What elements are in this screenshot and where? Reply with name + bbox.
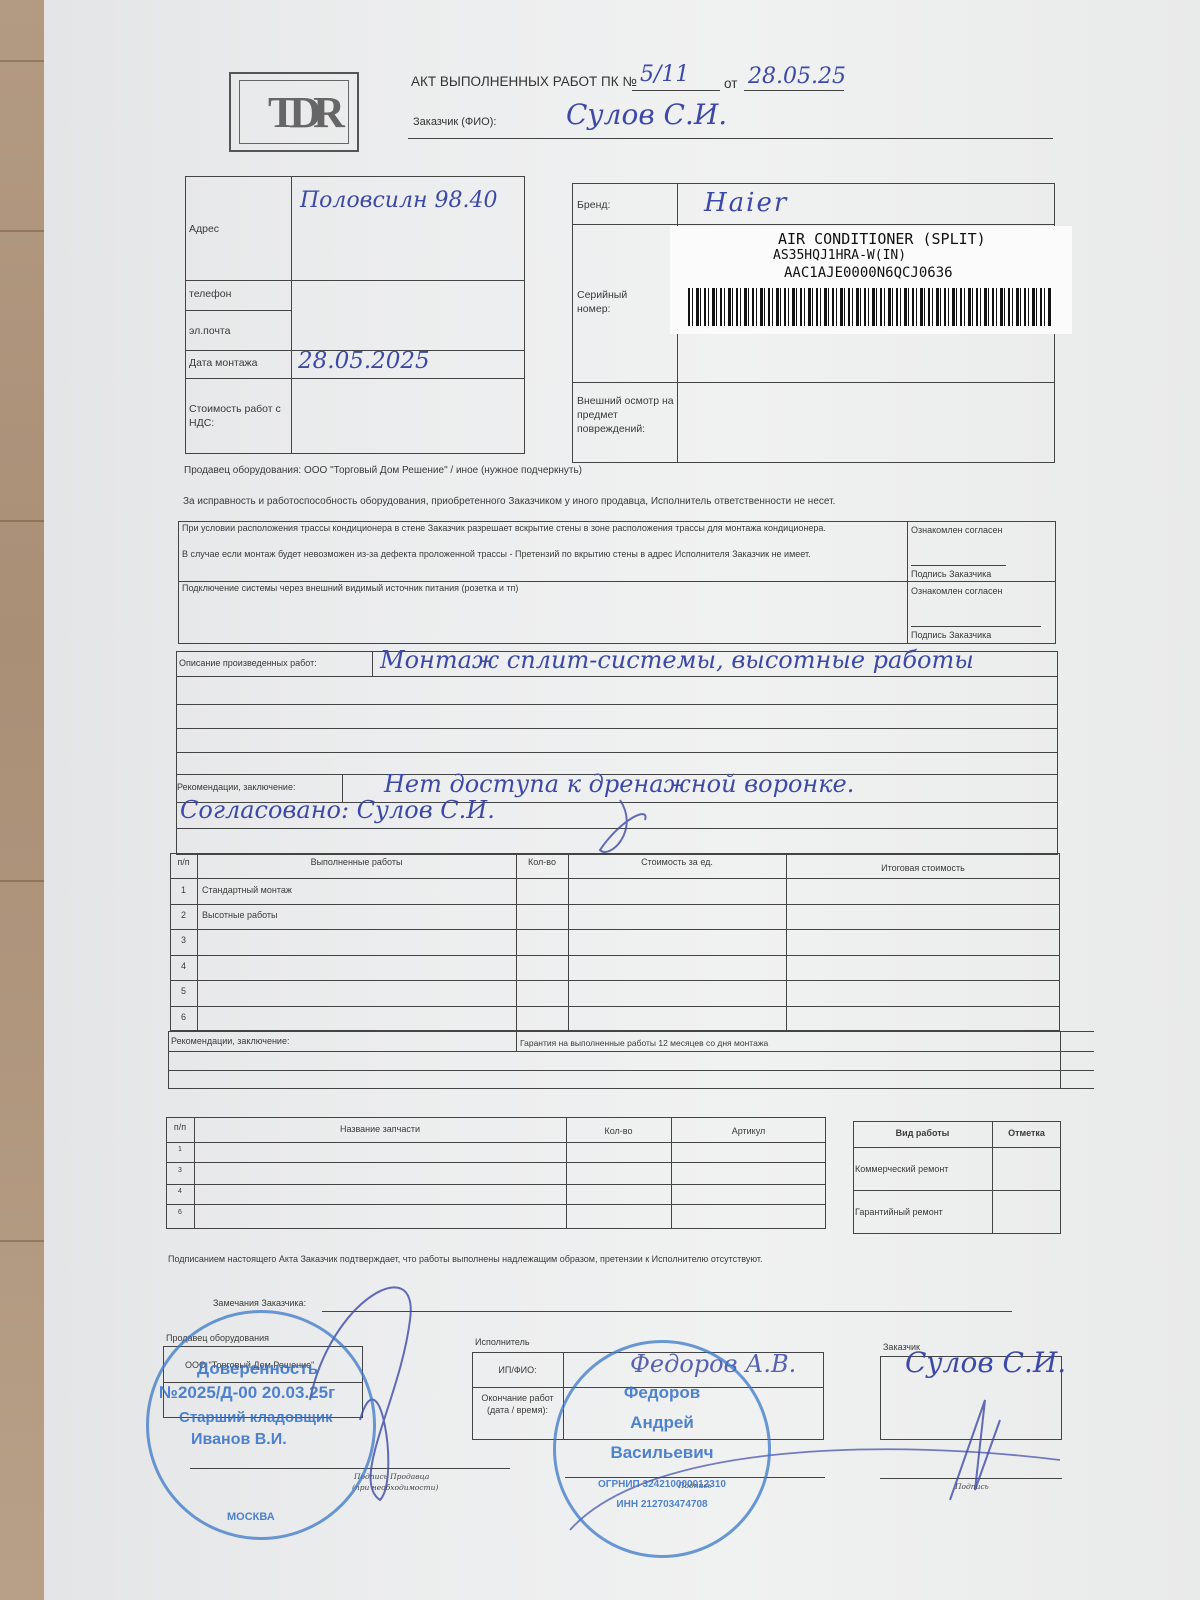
seller-stamp: Доверенность №2025/Д-00 20.03.25г Старши… [146, 1310, 376, 1540]
seller-stamp-line3: Старший кладовщик [179, 1409, 333, 1426]
executor-stamp-line1: Федоров [556, 1383, 768, 1403]
seller-stamp-line2: №2025/Д-00 20.03.25г [159, 1383, 335, 1403]
seller-stamp-line1: Доверенность [197, 1359, 318, 1379]
executor-stamp-inn: ИНН 212703474708 [556, 1499, 768, 1510]
executor-stamp-line2: Андрей [556, 1413, 768, 1433]
executor-stamp: Федоров Андрей Васильевич ОГРНИП 3242100… [553, 1340, 771, 1558]
seller-stamp-line4: Иванов В.И. [191, 1431, 287, 1449]
seller-stamp-city: МОСКВА [227, 1511, 275, 1523]
executor-stamp-ogrnip: ОГРНИП 324210000012310 [556, 1479, 768, 1490]
executor-stamp-line3: Васильевич [556, 1443, 768, 1463]
